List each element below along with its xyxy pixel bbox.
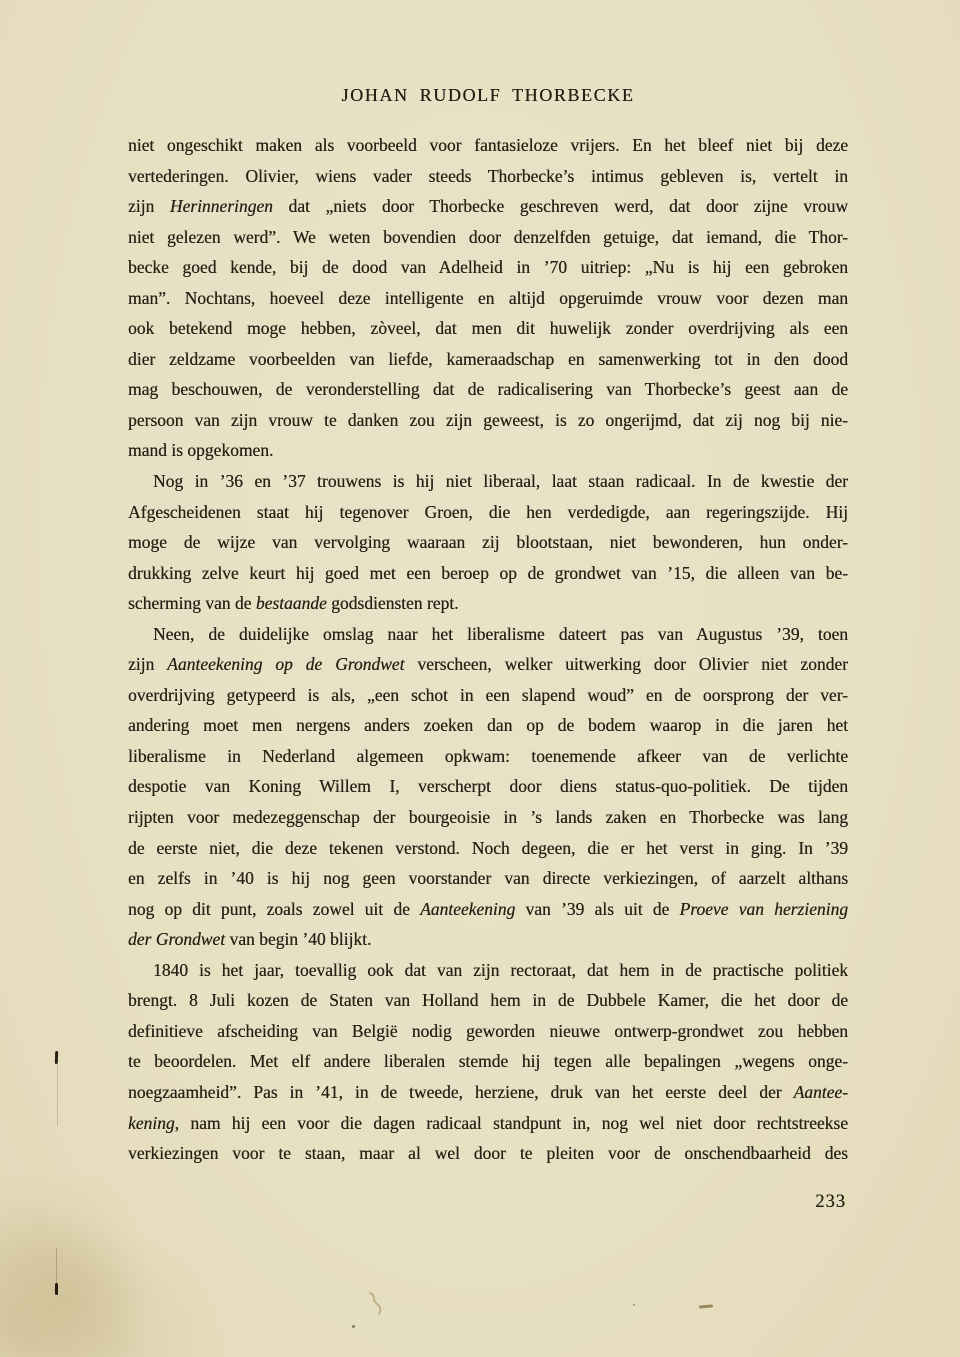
pencil-dash (699, 1304, 713, 1308)
book-page-scan: JOHAN RUDOLF THORBECKE niet ongeschikt m… (0, 0, 960, 1357)
text-line: becke goed kende, bij de dood van Adelhe… (128, 252, 848, 283)
text-line: persoon van zijn vrouw te danken zou zij… (128, 405, 848, 436)
text-line: en zelfs in ’40 is hij nog geen voorstan… (128, 863, 848, 894)
text-line: ook betekend moge hebben, zòveel, dat me… (128, 313, 848, 344)
text-line: Nog in ’36 en ’37 trouwens is hij niet l… (128, 466, 848, 497)
text-line: despotie van Koning Willem I, verscherpt… (128, 771, 848, 802)
text-line: overdrijving getypeerd is als, „een scho… (128, 680, 848, 711)
ink-dot (352, 1325, 355, 1328)
text-line: man”. Nochtans, hoeveel deze intelligent… (128, 283, 848, 314)
text-line: mag beschouwen, de veronderstelling dat … (128, 374, 848, 405)
hairline-scratch (57, 1064, 58, 1126)
text-line: der Grondwet van begin ’40 blijkt. (128, 924, 848, 955)
text-line: zijn Aanteekening op de Grondwet versche… (128, 649, 848, 680)
text-line: moge de wijze van vervolging waaraan zij… (128, 527, 848, 558)
text-line: niet ongeschikt maken als voorbeeld voor… (128, 130, 848, 161)
text-line: Neen, de duidelijke omslag naar het libe… (128, 619, 848, 650)
text-line: niet gelezen werd”. We weten bovendien d… (128, 222, 848, 253)
text-block: niet ongeschikt maken als voorbeeld voor… (128, 130, 848, 1169)
text-line: definitieve afscheiding van België nodig… (128, 1016, 848, 1047)
text-line: te beoordelen. Met elf andere liberalen … (128, 1046, 848, 1077)
text-line: verkiezingen voor te staan, maar al wel … (128, 1138, 848, 1169)
ink-mark (55, 1051, 58, 1064)
text-line: liberalisme in Nederland algemeen opkwam… (128, 741, 848, 772)
text-line: kening, nam hij een voor die dagen radic… (128, 1108, 848, 1139)
text-line: scherming van de bestaande godsdiensten … (128, 588, 848, 619)
text-line: noegzaamheid”. Pas in ’41, in de tweede,… (128, 1077, 848, 1108)
text-line: andering moet men nergens anders zoeken … (128, 710, 848, 741)
text-line: de eerste niet, die deze tekenen verston… (128, 833, 848, 864)
text-line: Afgescheidenen staat hij tegenover Groen… (128, 497, 848, 528)
ink-dot (633, 1304, 635, 1306)
text-line: 1840 is het jaar, toevallig ook dat van … (128, 955, 848, 986)
text-line: zijn Herinneringen dat „niets door Thorb… (128, 191, 848, 222)
fiber-squiggle (366, 1291, 388, 1322)
text-line: mand is opgekomen. (128, 435, 848, 466)
text-line: brengt. 8 Juli kozen de Staten van Holla… (128, 985, 848, 1016)
page-number: 233 (128, 1192, 846, 1213)
ink-blob (55, 1283, 58, 1295)
text-line: drukking zelve keurt hij goed met een be… (128, 558, 848, 589)
text-line: rijpten voor medezeggenschap der bourgeo… (128, 802, 848, 833)
text-line: vertederingen. Olivier, wiens vader stee… (128, 161, 848, 192)
text-line: dier zeldzame voorbeelden van liefde, ka… (128, 344, 848, 375)
running-header: JOHAN RUDOLF THORBECKE (128, 85, 848, 106)
text-line: nog op dit punt, zoals zowel uit de Aant… (128, 894, 848, 925)
